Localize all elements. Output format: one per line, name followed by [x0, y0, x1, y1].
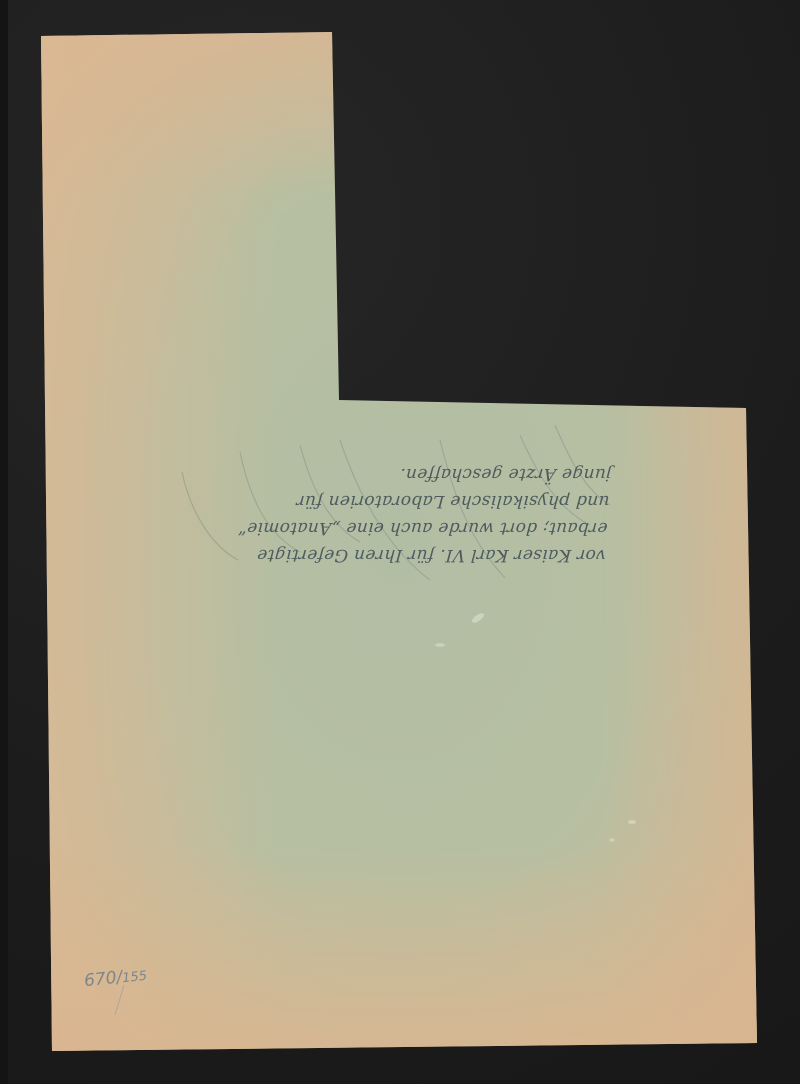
- archive-number-main: 670: [83, 968, 117, 991]
- handwritten-note-inverted: vor Kaiser Karl VI. für Ihren Gefertigte…: [185, 418, 615, 568]
- note-line-2: erbaut; dort wurde auch eine „Anatomie“: [187, 514, 609, 541]
- note-line-1: vor Kaiser Karl VI. für Ihren Gefertigte: [185, 541, 607, 568]
- note-line-3: und physikalische Laboratorien für: [189, 487, 611, 514]
- archival-card: vor Kaiser Karl VI. für Ihren Gefertigte…: [0, 0, 800, 1084]
- note-line-4: junge Ärzte geschaffen.: [190, 460, 612, 487]
- archive-number-sub: 155: [122, 969, 148, 987]
